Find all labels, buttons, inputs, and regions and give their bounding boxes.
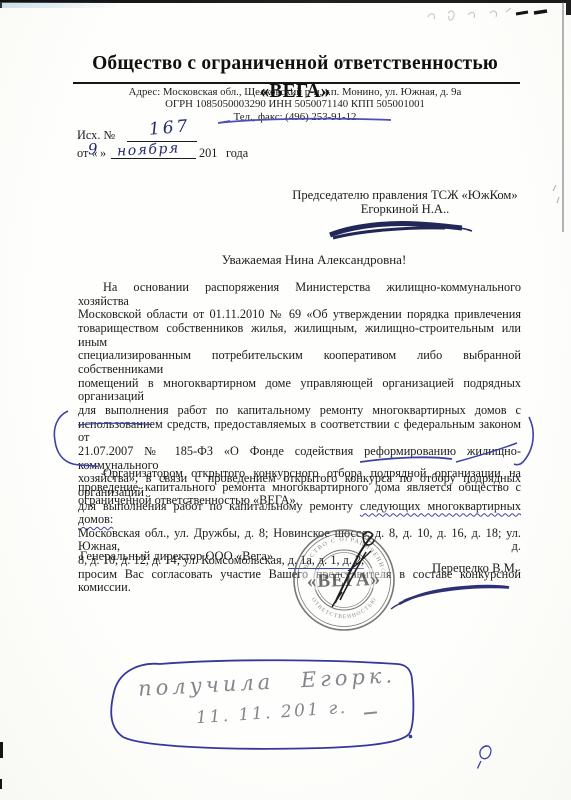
body-text: специализированным потребительским коопе… [78,348,521,376]
date-close-quote: » [100,146,106,161]
body-line: проведение капитального ремонта многоква… [78,481,521,495]
addressee-block: Председателю правления ТСЖ «ЮжКом» Егорк… [285,188,525,216]
scanned-letter-page: Общество с ограниченной ответственностью… [0,0,571,800]
title-underline [73,82,520,84]
outgoing-number-handwritten: 167 [148,116,191,140]
director-title: Генеральный директор ООО «Вега» [80,549,273,564]
company-round-stamp: ОБЩЕСТВО С ОГРАНИЧЕННОЙ ОТВЕТСТВЕННОСТЬЮ… [285,522,403,640]
body-text: Московской области от 01.11.2010 № 69 «О… [78,307,521,321]
date-day-handwritten: 9 [87,140,98,159]
body-line: товариществом собственников жилья, жилищ… [78,322,521,349]
body-line: специализированным потребительским коопе… [78,349,521,376]
body-text: Организатором открытого конкурсного отбо… [103,466,521,480]
scan-right-edge [562,2,564,232]
black-dash-marks [516,11,547,14]
body-line: Московской области от 01.11.2010 № 69 «О… [78,308,521,322]
addressee-pen-scribble [330,223,472,238]
date-year: 201 [199,146,217,161]
stamp-center-text: «ВЕГА» [307,569,382,593]
body-text: использованием средств, предоставляемых … [78,417,521,445]
body-text: На основании распоряжения Министерства ж… [78,280,521,308]
signer-name: Перепелко В.М. [432,561,518,576]
body-text: товариществом собственников жилья, жилищ… [78,321,521,349]
addressee-position: Председателю правления ТСЖ «ЮжКом» [285,188,525,202]
company-address: Адрес: Московская обл., Щелковский р-н, … [60,86,530,98]
addressee-name: Егоркиной Н.А.. [285,202,525,216]
body-text: ограниченной ответственностью «ВЕГА». [78,493,299,507]
bottom-right-pen-doodle [478,746,491,769]
pencil-scribbles-top-right [428,8,511,20]
body-line: ограниченной ответственностью «ВЕГА». [78,494,521,508]
body-paragraph-2: Организатором открытого конкурсного отбо… [78,467,521,508]
received-note-handwritten: получила Егорк. [138,663,397,700]
scan-speck [0,2,2,8]
body-line: использованием средств, предоставляемых … [78,418,521,445]
body-line: На основании распоряжения Министерства ж… [78,281,521,308]
body-line: для выполнения работ по капитальному рем… [78,404,521,418]
margin-ticks [553,185,559,203]
date-year-suffix: года [226,146,248,161]
body-text: проведение капитального ремонта многоква… [78,480,521,494]
scan-speck [0,742,3,758]
company-registration: ОГРН 1085050003290 ИНН 5050071140 КПП 50… [60,98,530,110]
pencil-dash [364,711,377,715]
company-phone: Тел., факс: (496) 253-91-12 [60,111,530,123]
body-line: помещений в многоквартирном доме управля… [78,377,521,404]
letterhead-details: Адрес: Московская обл., Щелковский р-н, … [60,86,530,123]
svg-text:ОТВЕТСТВЕННОСТЬЮ: ОТВЕТСТВЕННОСТЬЮ [310,596,378,620]
salutation: Уважаемая Нина Александровна! [189,252,439,268]
stamp-ring-text-bottom: ОТВЕТСТВЕННОСТЬЮ [310,596,378,620]
scan-top-tint [0,2,120,8]
received-date-handwritten: 11. 11. 201 г. [195,698,348,729]
scan-corner-mark [566,0,571,15]
body-text: помещений в многоквартирном доме управля… [78,376,521,404]
scan-speck [0,779,2,789]
date-month-handwritten: ноября [117,140,180,159]
body-text: для выполнения работ по капитальному рем… [78,403,521,417]
body-line: Организатором открытого конкурсного отбо… [78,467,521,481]
